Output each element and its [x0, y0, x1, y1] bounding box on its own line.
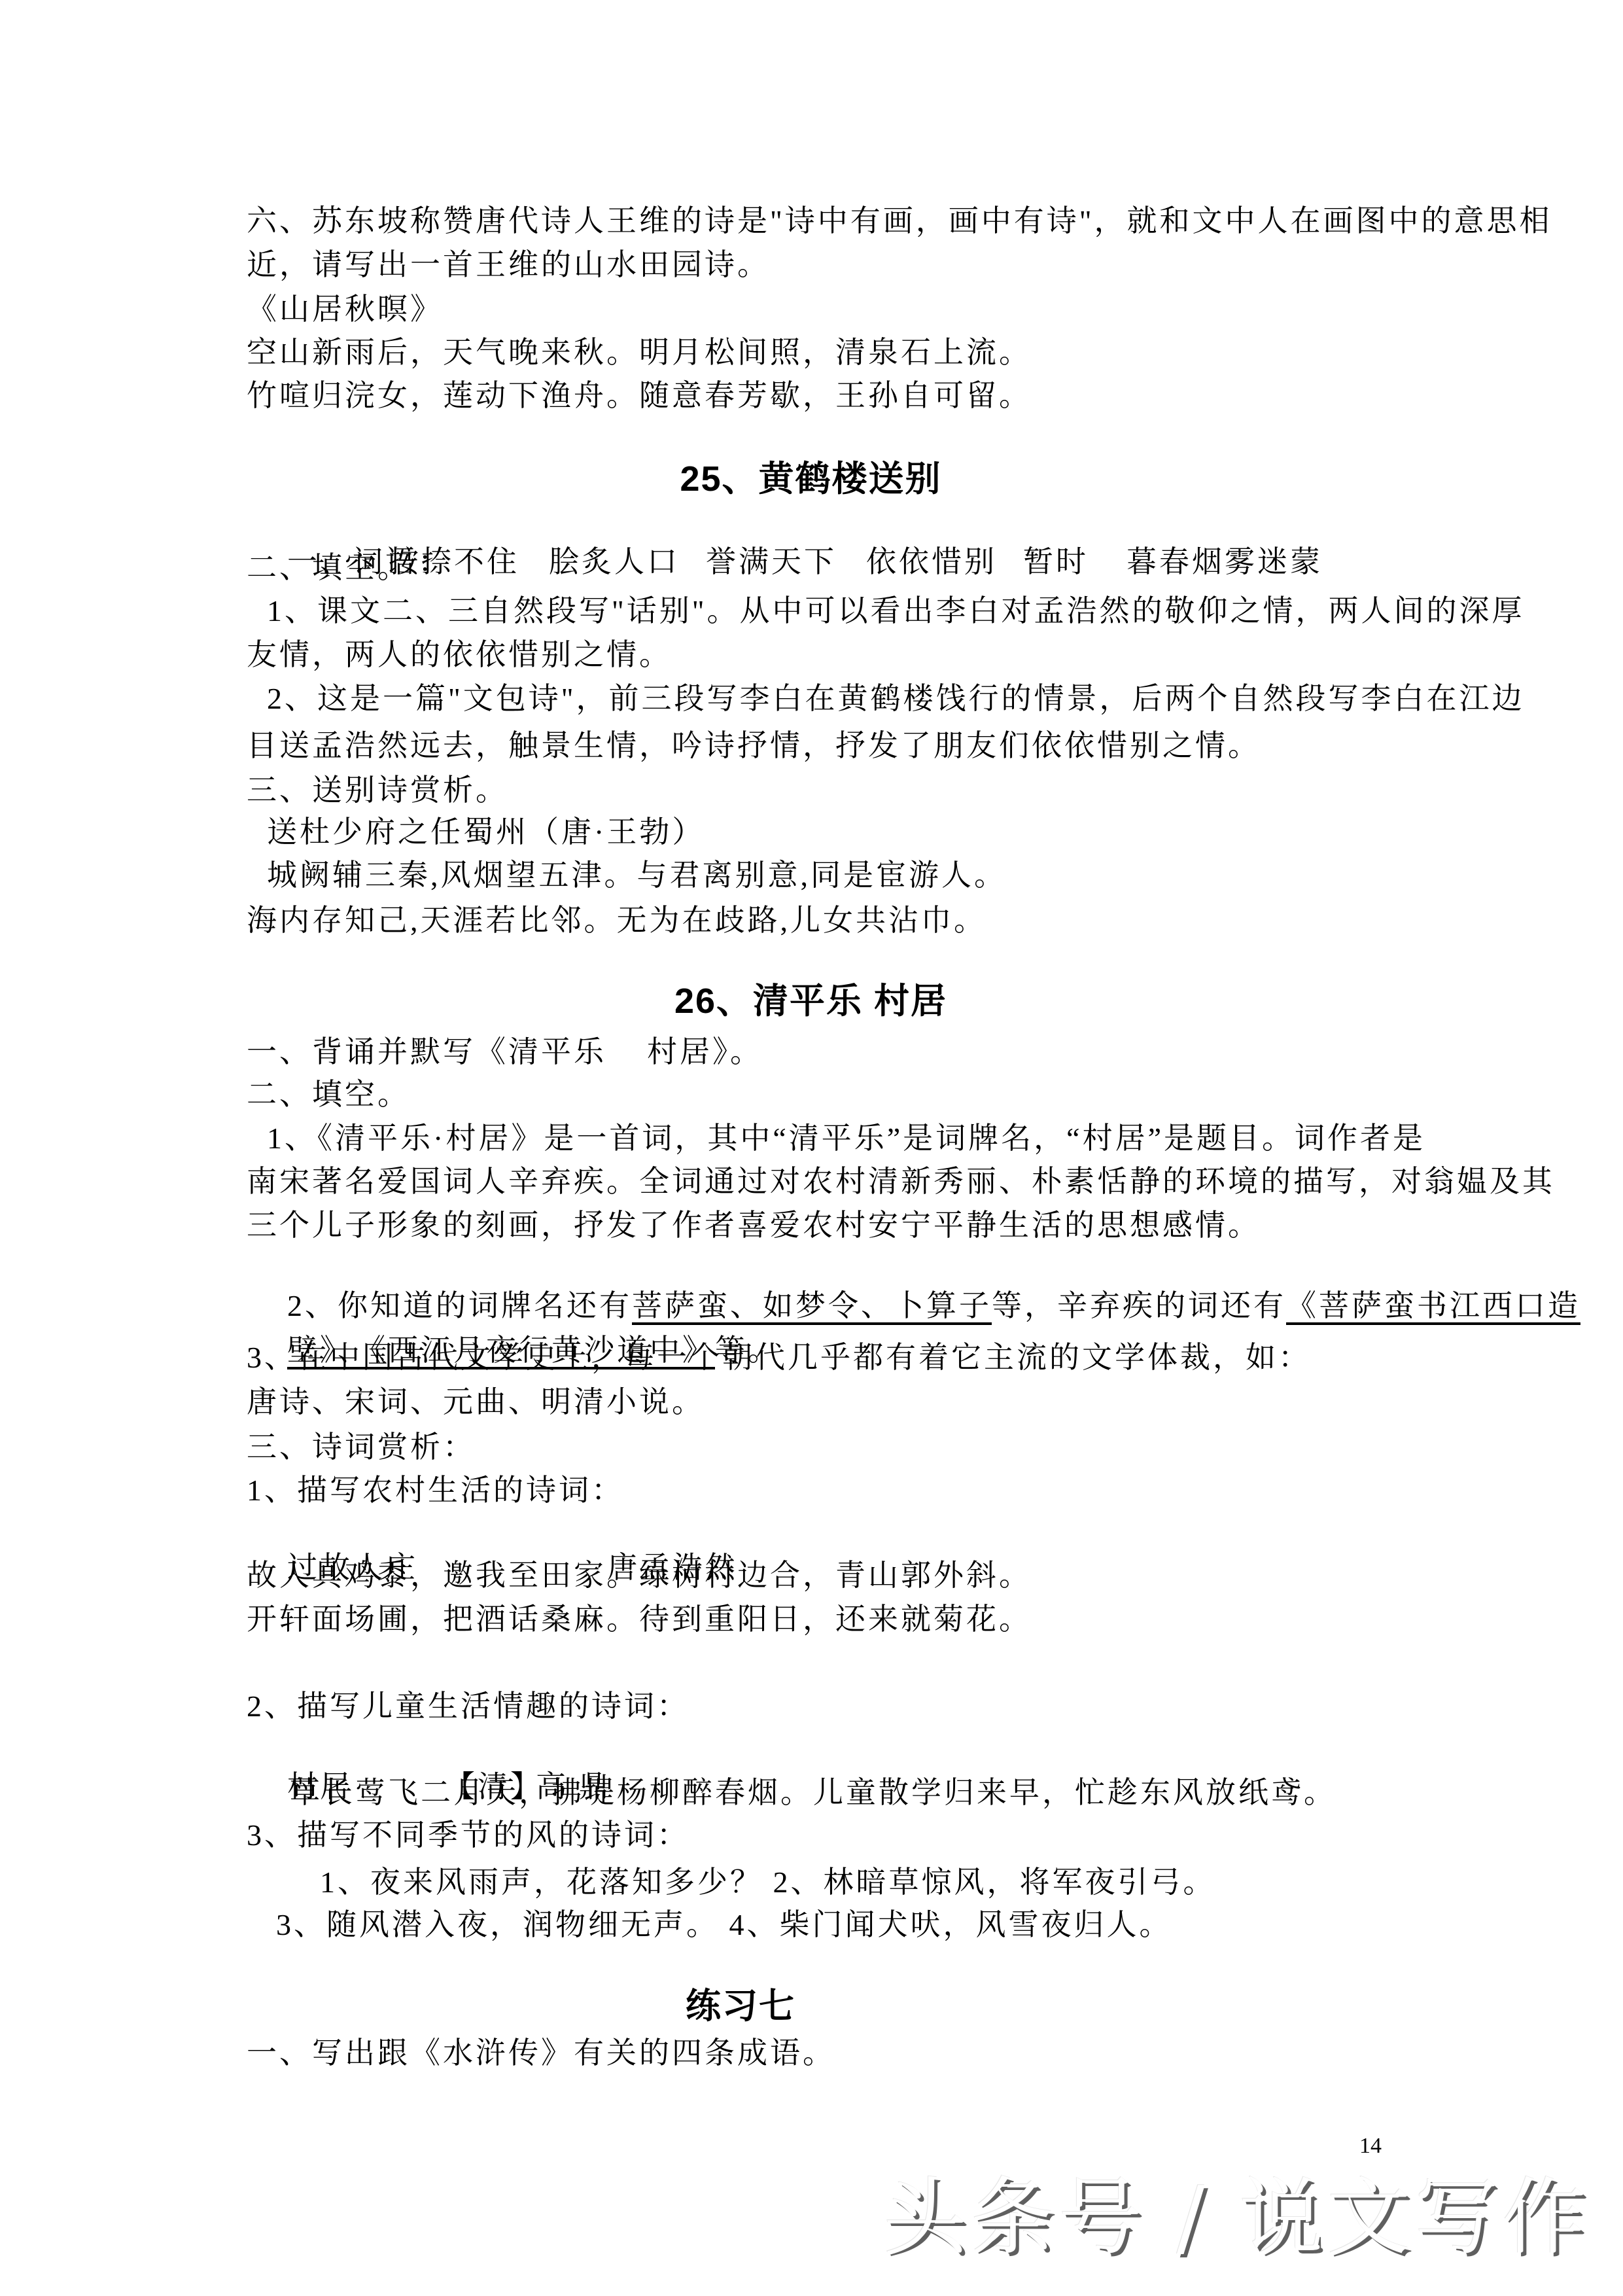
- recite-line: 一、背诵并默写《清平乐 村居》。: [247, 1034, 1385, 1070]
- fill26-3-line-2: 唐诗、宋词、元曲、明清小说。: [247, 1384, 1385, 1421]
- child-poem-heading: 村居【清】高 鼎: [247, 1732, 1385, 1769]
- q6-line-2: 近，请写出一首王维的山水田园诗。: [247, 247, 1385, 283]
- poem-line-1: 空山新雨后，天气晚来秋。明月松间照，清泉石上流。: [247, 334, 1385, 371]
- lesson-25-title: 25、黄鹤楼送别: [247, 458, 1375, 500]
- fill1-line-1: 1、课文二、三自然段写"话别"。从中可以看出李白对孟浩然的敬仰之情，两人间的深厚: [247, 593, 1385, 629]
- fill26-1-line-3: 三个儿子形象的刻画，抒发了作者喜爱农村安宁平静生活的思想感情。: [247, 1207, 1385, 1244]
- fill26-1-line-1: 1、《清平乐·村居》是一首词，其中“清平乐”是词牌名，“村居”是题目。词作者是: [247, 1120, 1385, 1157]
- farewell-poem-title: 送杜少府之任蜀州（唐·王勃）: [247, 814, 1385, 851]
- watermark-text: 头条号 / 说文写作: [883, 2166, 1590, 2270]
- poem-label-25: 三、送别诗赏析。: [247, 772, 1385, 809]
- vocab-line: 一、词语：按捺不住脍炙人口誉满天下依依惜别暂时暮春烟雾迷蒙: [247, 507, 1385, 544]
- rural-poem-line-2: 开轩面场圃，把酒话桑麻。待到重阳日，还来就菊花。: [247, 1601, 1385, 1638]
- farewell-poem-line-2: 海内存知己,天涯若比邻。无为在歧路,儿女共沾巾。: [247, 902, 1385, 939]
- fill26-1-line-2: 南宋著名爱国词人辛弃疾。全词通过对农村清新秀丽、朴素恬静的环境的描写，对翁媪及其: [247, 1163, 1385, 1200]
- q6-line-1: 六、苏东坡称赞唐代诗人王维的诗是"诗中有画，画中有诗"，就和文中人在画图中的意思…: [247, 203, 1385, 239]
- fill1-line-2: 友情，两人的依依惜别之情。: [247, 637, 1385, 673]
- fill-label-26: 二、填空。: [247, 1076, 1385, 1113]
- rural-poem-heading: 过故人庄唐孟浩然: [247, 1513, 1385, 1549]
- wind-poem-line-1: 1、夜来风雨声，花落知多少？ 2、林暗草惊风，将军夜引弓。: [320, 1864, 1458, 1901]
- fill26-3-line-1: 3、在中国古代文学史上，每一个朝代几乎都有着它主流的文学体裁，如：: [247, 1339, 1385, 1376]
- wind-poem-line-2: 3、随风潜入夜，润物细无声。 4、柴门闻犬吠，风雪夜归人。: [276, 1907, 1414, 1943]
- exercise-7-title: 练习七: [247, 1985, 1234, 2027]
- poem-title-shanju: 《山居秋暝》: [247, 291, 1385, 328]
- fill26-2-line-2: 壁》、《西江月夜行黄沙道中》等。: [247, 1296, 1385, 1332]
- fill-label-25: 二、填空。: [247, 550, 1385, 586]
- farewell-poem-line-1: 城阙辅三秦,风烟望五津。与君离别意,同是宦游人。: [247, 857, 1385, 894]
- exercise-7-q1: 一、写出跟《水浒传》有关的四条成语。: [247, 2035, 1385, 2072]
- rural-poem-line-1: 故人具鸡黍，邀我至田家。绿树村边合，青山郭外斜。: [247, 1557, 1385, 1594]
- fill2-line-2: 目送孟浩然远去，触景生情，吟诗抒情，抒发了朋友们依依惜别之情。: [247, 728, 1385, 764]
- page-number: 14: [1359, 2134, 1382, 2158]
- rural-label: 1、描写农村生活的诗词：: [247, 1472, 1385, 1509]
- child-poem-line: 草长莺飞二月天，拂堤杨柳醉春烟。儿童散学归来早，忙趁东风放纸鸢。: [290, 1775, 1428, 1811]
- appreciate-label: 三、诗词赏析：: [247, 1429, 1385, 1466]
- lesson-26-title: 26、清平乐 村居: [247, 980, 1375, 1022]
- fill26-2-line-1: 2、你知道的词牌名还有菩萨蛮、如梦令、卜算子等，辛弃疾的词还有《菩萨蛮书江西口造: [247, 1251, 1385, 1288]
- wind-label: 3、描写不同季节的风的诗词：: [247, 1817, 1385, 1854]
- fill2-line-1: 2、这是一篇"文包诗"，前三段写李白在黄鹤楼饯行的情景，后两个自然段写李白在江边: [247, 680, 1385, 717]
- document-page: 六、苏东坡称赞唐代诗人王维的诗是"诗中有画，画中有诗"，就和文中人在画图中的意思…: [0, 0, 1623, 2296]
- child-label: 2、描写儿童生活情趣的诗词：: [247, 1688, 1385, 1725]
- poem-line-2: 竹喧归浣女，莲动下渔舟。随意春芳歇，王孙自可留。: [247, 378, 1385, 414]
